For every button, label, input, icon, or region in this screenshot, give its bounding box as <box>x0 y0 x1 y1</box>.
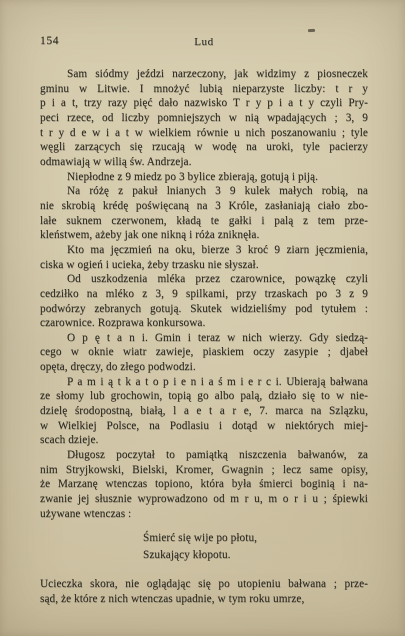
text-line: O p ę t a n i. Gmin i teraz w nich wierz… <box>40 331 368 346</box>
paragraph-roza: Na różę z pakuł lnianych 3 9 kulek małyc… <box>40 184 368 243</box>
text-line: gminu w Litwie. I mnożyć lubią nieparzys… <box>40 82 368 97</box>
text-line: t r y d e w i a t w wielkiem równie u ni… <box>40 126 368 141</box>
page-header: 154 Lud <box>40 35 368 50</box>
text-line: Sam siódmy jeździ narzeczony, jak widzim… <box>40 67 368 82</box>
paragraph-opetani: O p ę t a n i. Gmin i teraz w nich wierz… <box>40 331 368 375</box>
text-line: Niepłodne z 9 miedz po 3 bylice zbierają… <box>40 170 368 185</box>
text-line: że Marzanę wtenczas topiono, która była … <box>40 477 368 492</box>
text-line: scach dzieje. <box>40 433 368 448</box>
text-line: dzielę środopostną, białą, l a e t a r e… <box>40 404 368 419</box>
paragraph-topienie-smierci: P a m i ą t k a t o p i e n i a ś m i e … <box>40 375 368 448</box>
text-line: podwórzy zebranych gotują. Skutek widzie… <box>40 302 368 317</box>
text-line: opęta, dręczy, do złego podwodzi. <box>40 360 368 375</box>
text-line: cedziłko na mléko z 3, 9 spilkami, przy … <box>40 287 368 302</box>
paragraph-nieplodne: Niepłodne z 9 miedz po 3 bylice zbierają… <box>40 170 368 185</box>
paragraph-jeczmien: Kto ma jęczmień na oku, bierze 3 kroć 9 … <box>40 243 368 272</box>
text-line: zwanie jej słusznie wyprowadzono od m r … <box>40 492 368 507</box>
text-line: Ucieczka skora, nie oglądając się po uto… <box>40 577 368 592</box>
text-line: peci rzece, od liczby pomniejszych w nią… <box>40 111 368 126</box>
verse-line: Szukający kłopotu. <box>143 547 368 564</box>
text-line: ciska w ogień i ucieka, żeby trzasku nie… <box>40 258 368 273</box>
paragraph-mleko: Od uszkodzenia mléka przez czarownice, p… <box>40 272 368 331</box>
verse-block: Śmierć się wije po płotu, Szukający kłop… <box>143 530 368 564</box>
scan-smudge-mark <box>308 29 315 32</box>
running-title: Lud <box>40 36 368 48</box>
text-line: nie skrobią krédę poświęcaną na 3 Króle,… <box>40 199 368 214</box>
text-line: odmawiają w wilią św. Andrzeja. <box>40 155 368 170</box>
verse-line: Śmierć się wije po płotu, <box>143 530 368 547</box>
paragraph-dlugosz: Długosz poczytał to pamiątką niszczenia … <box>40 448 368 521</box>
paragraph-counting-customs: Sam siódmy jeździ narzeczony, jak widzim… <box>40 67 368 170</box>
text-line: cego w oknie wiatr zawieje, piaskiem ocz… <box>40 345 368 360</box>
text-line: lałe suknem czerwonem, kładą te gałki i … <box>40 214 368 229</box>
text-line: ze słomy lub grochowin, topią go albo pa… <box>40 389 368 404</box>
text-line: czarownice. Rozprawa konkursowa. <box>40 316 368 331</box>
text-line: p i a t, trzy razy pięć dało nazwisko T … <box>40 96 368 111</box>
text-line: sąd, że które z nich wtenczas upadnie, w… <box>40 592 368 607</box>
text-line: węgli zarzących się rzucają w wodę na ur… <box>40 140 368 155</box>
paragraph-ucieczka: Ucieczka skora, nie oglądając się po uto… <box>40 577 368 606</box>
text-line: Długosz poczytał to pamiątką niszczenia … <box>40 448 368 463</box>
page-body: Sam siódmy jeździ narzeczony, jak widzim… <box>40 67 368 607</box>
scanned-book-page: 154 Lud Sam siódmy jeździ narzeczony, ja… <box>0 0 405 636</box>
text-line: Od uszkodzenia mléka przez czarownice, p… <box>40 272 368 287</box>
text-line: Na różę z pakuł lnianych 3 9 kulek małyc… <box>40 184 368 199</box>
text-line: P a m i ą t k a t o p i e n i a ś m i e … <box>40 375 368 390</box>
text-line: kleństwem, ażeby jak one nikną i róża zn… <box>40 228 368 243</box>
text-line: nim Stryjkowski, Bielski, Kromer, Gwagni… <box>40 463 368 478</box>
text-line: Kto ma jęczmień na oku, bierze 3 kroć 9 … <box>40 243 368 258</box>
text-line: używane wtenczas : <box>40 507 368 522</box>
text-line: w Wielkiej Polsce, na Podlasiu i dotąd w… <box>40 419 368 434</box>
